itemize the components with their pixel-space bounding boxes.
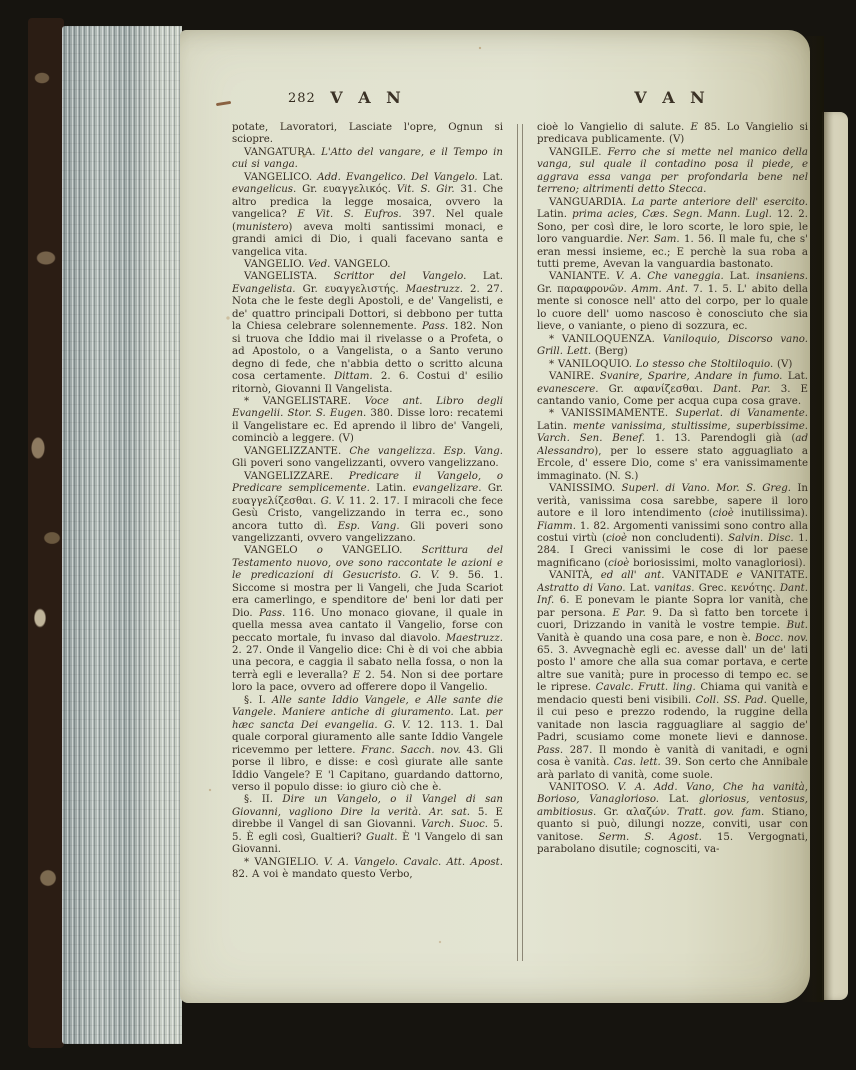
text-segment: munistero xyxy=(236,222,288,233)
text-segment: Scrittor del Vangelo. xyxy=(334,271,467,282)
text-segment: E xyxy=(690,122,697,133)
text-segment: Che vangelizza. Esp. Vang. xyxy=(349,446,503,457)
dictionary-entry: VANGUARDIA. La parte anteriore dell' ese… xyxy=(537,197,808,272)
text-segment: VANGELISTA. xyxy=(244,271,334,282)
text-segment: evangelicus. xyxy=(232,184,296,195)
text-segment: VANIRE. xyxy=(549,371,600,382)
dictionary-entry: VANGELIZZANTE. Che vangelizza. Esp. Vang… xyxy=(232,446,503,471)
text-segment: non concludenti). xyxy=(627,533,728,544)
text-segment: Dant. Par. xyxy=(713,384,771,395)
text-segment: Cavalc. Frutt. ling. xyxy=(596,682,696,693)
text-segment: Pass. xyxy=(422,321,448,332)
text-segment: La parte anteriore dell' esercito. xyxy=(632,197,808,208)
text-segment: Amm. Ant. xyxy=(632,284,688,295)
text-segment: VANGELIZZANTE. xyxy=(244,446,349,457)
text-segment: VANGELIZZARE. xyxy=(244,471,349,482)
text-segment: VANITÀ, xyxy=(549,570,601,581)
text-segment: * VANGIELIO. xyxy=(244,857,324,868)
text-segment: Lat. xyxy=(466,271,503,282)
text-segment: Lat. xyxy=(782,371,808,382)
dictionary-entry: VANGILE. Ferro che si mette nel manico d… xyxy=(537,147,808,197)
text-segment: Lat. xyxy=(454,707,486,718)
text-segment: VANGILE. xyxy=(549,147,608,158)
dictionary-entry: VANGELIO. Ved. VANGELO. xyxy=(232,259,503,271)
text-segment: (V) xyxy=(773,359,792,370)
text-segment: Varch. Suoc. xyxy=(421,819,488,830)
book-page: 282 V A N V A N potate, Lavoratori, Lasc… xyxy=(180,30,810,1003)
header-right-cell: V A N xyxy=(536,88,808,107)
text-segment: cioè xyxy=(608,558,629,569)
text-segment: cioè lo Vangielio di salute. xyxy=(537,122,690,133)
text-segment: prima acies, Cæs. Segn. Mann. Lugl. xyxy=(572,209,772,220)
text-segment: VANGATURA. xyxy=(244,147,321,158)
running-head-right: V A N xyxy=(634,88,710,107)
page-edge-stack xyxy=(62,26,182,1044)
text-segment: VANITADE xyxy=(665,570,737,581)
header-gap xyxy=(504,88,536,107)
text-segment: E Vit. S. Eufros. xyxy=(297,209,401,220)
book-photo: 282 V A N V A N potate, Lavoratori, Lasc… xyxy=(0,0,856,1070)
text-segment: Fiamm. xyxy=(537,521,576,532)
text-segment: Latin. xyxy=(537,209,572,220)
text-segment: E Par. xyxy=(612,608,646,619)
text-segment: §. II. xyxy=(244,794,282,805)
dictionary-entry: potate, Lavoratori, Lasciate l'opre, Ogn… xyxy=(232,122,503,147)
text-segment: Gualt. xyxy=(366,832,397,843)
dictionary-entry: cioè lo Vangielio di salute. E 85. Lo Va… xyxy=(537,122,808,147)
dictionary-entry: VANITÀ, ed all' ant. VANITADE e VANITATE… xyxy=(537,570,808,782)
text-segment: evanescere. xyxy=(537,384,599,395)
text-segment: insaniens. xyxy=(756,271,808,282)
dictionary-entry: VANIRE. Svanire, Sparire, Andare in fumo… xyxy=(537,371,808,408)
text-segment: Pass. xyxy=(537,745,563,756)
text-segment: * VANISSIMAMENTE. xyxy=(549,408,675,419)
text-segment: Add. Evangelico. Del Vangelo. xyxy=(317,172,477,183)
text-segment: * VANILOQUIO. xyxy=(549,359,636,370)
text-segment: Franc. Sacch. nov. xyxy=(361,745,461,756)
text-column-left: potate, Lavoratori, Lasciate l'opre, Ogn… xyxy=(232,122,503,967)
text-segment: But. xyxy=(787,620,808,631)
text-segment: VANGELICO. xyxy=(244,172,317,183)
text-segment: * VANGELISTARE. xyxy=(244,396,365,407)
text-segment: Pass. xyxy=(259,608,285,619)
book-cover-edge xyxy=(28,18,64,1048)
text-segment: Ner. Sam. xyxy=(627,234,679,245)
text-segment: Esp. Vang. xyxy=(338,521,400,532)
text-segment: Svanire, Sparire, Andare in fumo. xyxy=(600,371,783,382)
text-segment: evangelizare. xyxy=(412,483,481,494)
text-segment: vanitas. xyxy=(654,583,694,594)
text-segment: Lat. xyxy=(478,172,503,183)
text-segment: VANITATE. xyxy=(743,570,808,581)
dictionary-entry: VANGELISTA. Scrittor del Vangelo. Lat. E… xyxy=(232,271,503,396)
text-segment: cioè xyxy=(606,533,627,544)
text-segment: VANGELO. xyxy=(330,259,390,270)
text-segment: Latin. xyxy=(370,483,413,494)
text-block: potate, Lavoratori, Lasciate l'opre, Ogn… xyxy=(232,122,808,967)
dictionary-entry: * VANISSIMAMENTE. Superlat. di Vanamente… xyxy=(537,408,808,483)
dictionary-entry: * VANGELISTARE. Voce ant. Libro degli Ev… xyxy=(232,396,503,446)
text-segment: 1. 13. Parendogli già ( xyxy=(645,433,795,444)
text-column-right: cioè lo Vangielio di salute. E 85. Lo Va… xyxy=(537,122,808,967)
ink-mark xyxy=(216,101,231,106)
running-head-left: V A N xyxy=(330,88,406,107)
text-segment: Tratt. gov. fam. xyxy=(677,807,764,818)
text-segment: Gr. ευαγγελικός. xyxy=(296,184,397,195)
dictionary-entry: * VANILOQUIO. Lo stesso che Stoltiloquio… xyxy=(537,359,808,371)
text-segment: Bocc. nov. xyxy=(755,633,808,644)
dictionary-entry: §. II. Dire un Vangelo, o il Vangel di s… xyxy=(232,794,503,856)
dictionary-entry: VANITOSO. V. A. Add. Vano, Che ha vanità… xyxy=(537,782,808,857)
text-segment: Gr. παραφρονῶν. xyxy=(537,284,632,295)
text-segment: potate, Lavoratori, Lasciate l'opre, Ogn… xyxy=(232,122,503,145)
text-segment: VANGELIO. xyxy=(244,259,308,270)
text-segment: Superlat. di Vanamente. xyxy=(675,408,808,419)
text-segment: Dittam. xyxy=(334,371,373,382)
text-segment: Gr. αφανίζεσθαι. xyxy=(599,384,713,395)
text-segment: V. A. Che vaneggia. xyxy=(616,271,724,282)
text-segment: G. V. xyxy=(321,496,345,507)
text-segment: 82. A voi è mandato questo Verbo, xyxy=(232,869,413,880)
text-segment: cioè xyxy=(713,508,734,519)
text-segment: Serm. S. Agost. xyxy=(598,832,701,843)
text-segment: Cas. lett. xyxy=(614,757,661,768)
dictionary-entry: VANGELO o VANGELIO. Scrittura del Testam… xyxy=(232,545,503,694)
page-header: 282 V A N V A N xyxy=(232,88,808,107)
header-left-cell: 282 V A N xyxy=(232,88,504,107)
text-segment: Gr. αλαζών. xyxy=(596,807,677,818)
text-segment: Latin. xyxy=(537,421,573,432)
text-segment: Astratto di Vano. xyxy=(537,583,625,594)
text-segment: Gli poveri sono vangelizzanti, ovvero va… xyxy=(232,458,499,469)
dictionary-entry: VANISSIMO. Superl. di Vano. Mor. S. Greg… xyxy=(537,483,808,570)
dictionary-entry: VANGELIZZARE. Predicare il Vangelo, o Pr… xyxy=(232,471,503,546)
text-segment: (Berg) xyxy=(591,346,628,357)
facing-page-sliver xyxy=(822,112,848,1000)
text-segment: Maestruzz. xyxy=(406,284,463,295)
dictionary-entry: VANGATURA. L'Atto del vangare, e il Temp… xyxy=(232,147,503,172)
text-segment: Vanità è quando una cosa pare, e non è. xyxy=(537,633,755,644)
dictionary-entry: §. I. Alle sante Iddio Vangele, e Alle s… xyxy=(232,695,503,795)
text-segment: Grec. κενότης. xyxy=(694,583,779,594)
text-segment: Salvin. Disc. xyxy=(728,533,793,544)
text-segment: Evangelista. xyxy=(232,284,296,295)
text-segment: Coll. SS. Pad. xyxy=(696,695,767,706)
text-segment: VANGUARDIA. xyxy=(549,197,632,208)
page-number: 282 xyxy=(288,91,316,106)
text-segment: VANGELIO. xyxy=(323,545,422,556)
text-segment: Lo stesso che Stoltiloquio. xyxy=(636,359,773,370)
text-segment: boriosissimi, molto vanagloriosi). xyxy=(629,558,805,569)
text-segment: VANISSIMO. xyxy=(549,483,622,494)
text-segment: Superl. di Vano. Mor. S. Greg. xyxy=(622,483,791,494)
text-segment: ed all' ant. xyxy=(601,570,665,581)
text-segment: VANIANTE. xyxy=(549,271,616,282)
text-segment: Vit. S. Gir. xyxy=(397,184,455,195)
text-segment: Ved. xyxy=(308,259,330,270)
text-segment: Lat. xyxy=(625,583,654,594)
text-segment: §. I. xyxy=(244,695,272,706)
dictionary-entry: * VANILOQUENZA. Vaniloquio, Discorso van… xyxy=(537,334,808,359)
text-segment: inutilissima). xyxy=(734,508,808,519)
text-segment: * VANILOQUENZA. xyxy=(549,334,663,345)
column-divider xyxy=(517,124,523,961)
text-segment: VANITOSO. xyxy=(549,782,618,793)
dictionary-entry: VANIANTE. V. A. Che vaneggia. Lat. insan… xyxy=(537,271,808,333)
text-segment: V. A. Vangelo. Cavalc. Att. Apost. xyxy=(324,857,503,868)
dictionary-entry: VANGELICO. Add. Evangelico. Del Vangelo.… xyxy=(232,172,503,259)
text-segment: Lat. xyxy=(724,271,756,282)
text-segment: VANGELO xyxy=(244,545,317,556)
text-segment: Maestruzz. xyxy=(446,633,503,644)
dictionary-entry: * VANGIELIO. V. A. Vangelo. Cavalc. Att.… xyxy=(232,857,503,882)
text-segment: Lat. xyxy=(659,794,699,805)
text-segment: Gr. ευαγγελιστής. xyxy=(296,284,406,295)
